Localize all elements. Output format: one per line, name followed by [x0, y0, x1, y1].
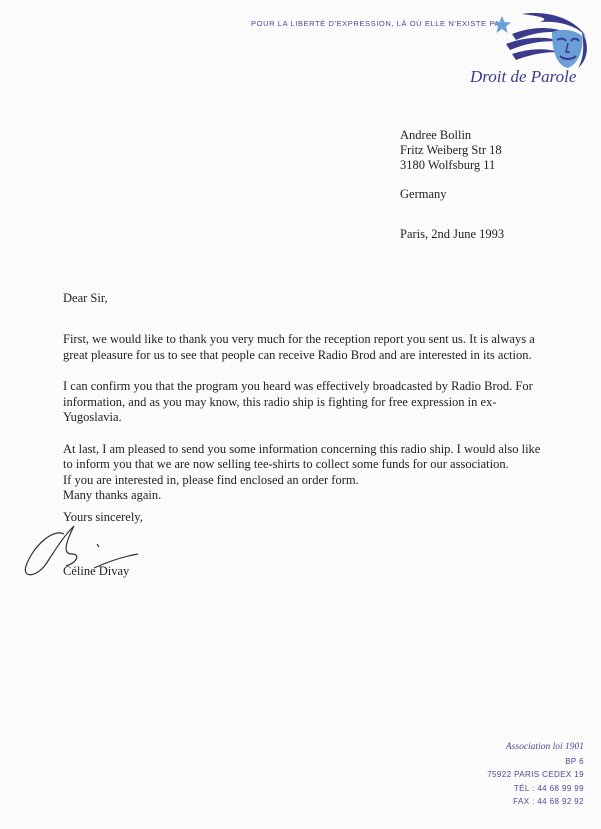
recipient-address: Andree Bollin Fritz Weiberg Str 18 3180 …	[400, 128, 502, 202]
signer-name: Céline Divay	[63, 564, 129, 579]
text-line: Many thanks again.	[63, 488, 583, 504]
text-line: I can confirm you that the program you h…	[63, 379, 583, 395]
association-status: Association loi 1901	[487, 741, 584, 755]
postal-city: 75922 Paris Cedex 19	[487, 768, 584, 782]
paragraph: I can confirm you that the program you h…	[63, 379, 583, 426]
fax: Fax : 44 68 92 92	[487, 795, 584, 809]
text-line: Yugoslavia.	[63, 410, 583, 426]
salutation: Dear Sir,	[63, 291, 108, 306]
text-line: to inform you that we are now selling te…	[63, 457, 583, 473]
recipient-city: 3180 Wolfsburg 11	[400, 158, 502, 173]
recipient-name: Andree Bollin	[400, 128, 502, 143]
text-line: information, and as you may know, this r…	[63, 395, 583, 411]
text-line: great pleasure for us to see that people…	[63, 348, 583, 364]
text-line: First, we would like to thank you very m…	[63, 332, 583, 348]
text-line: If you are interested in, please find en…	[63, 473, 583, 489]
date-line: Paris, 2nd June 1993	[400, 227, 504, 242]
paragraph: First, we would like to thank you very m…	[63, 332, 583, 363]
letter-body: First, we would like to thank you very m…	[63, 332, 583, 520]
letterhead-footer: Association loi 1901 BP 6 75922 Paris Ce…	[487, 741, 584, 809]
brand-name: Droit de Parole	[470, 67, 576, 87]
letterhead-tagline: Pour la liberté d'expression, là où elle…	[251, 19, 506, 28]
recipient-street: Fritz Weiberg Str 18	[400, 143, 502, 158]
recipient-country: Germany	[400, 187, 502, 202]
theatre-mask-with-star-icon	[492, 10, 592, 72]
paragraph: At last, I am pleased to send you some i…	[63, 442, 583, 504]
telephone: Tél : 44 68 99 99	[487, 782, 584, 796]
text-line: At last, I am pleased to send you some i…	[63, 442, 583, 458]
po-box: BP 6	[487, 755, 584, 769]
